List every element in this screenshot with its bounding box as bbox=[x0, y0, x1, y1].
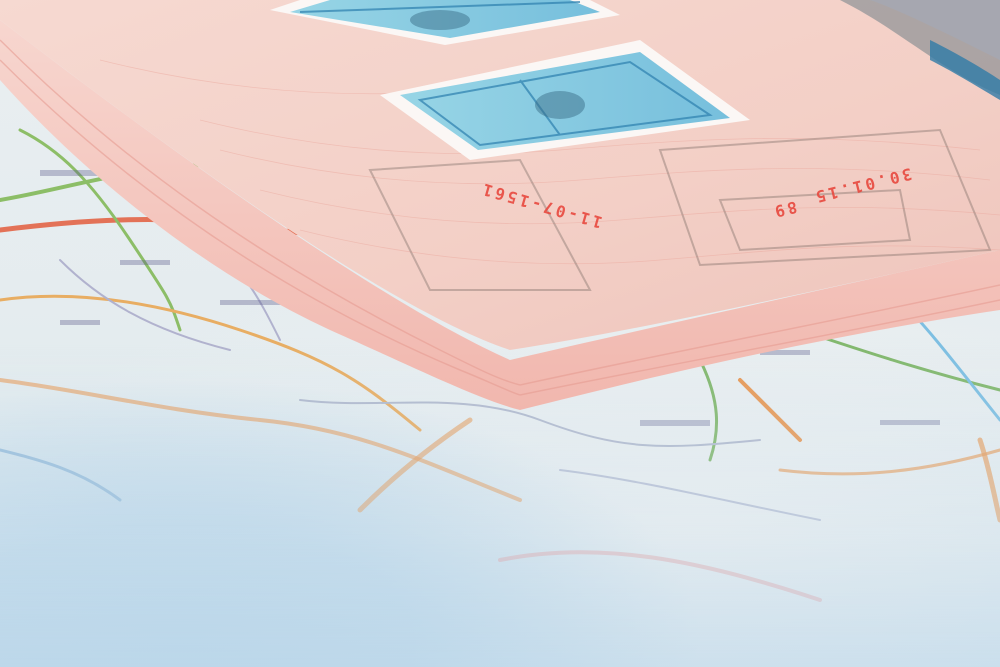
passport: 11-07-1561 30.01.15 89 bbox=[0, 0, 1000, 667]
photo-scene: 11-07-1561 30.01.15 89 bbox=[0, 0, 1000, 667]
passport-shape bbox=[0, 0, 1000, 667]
